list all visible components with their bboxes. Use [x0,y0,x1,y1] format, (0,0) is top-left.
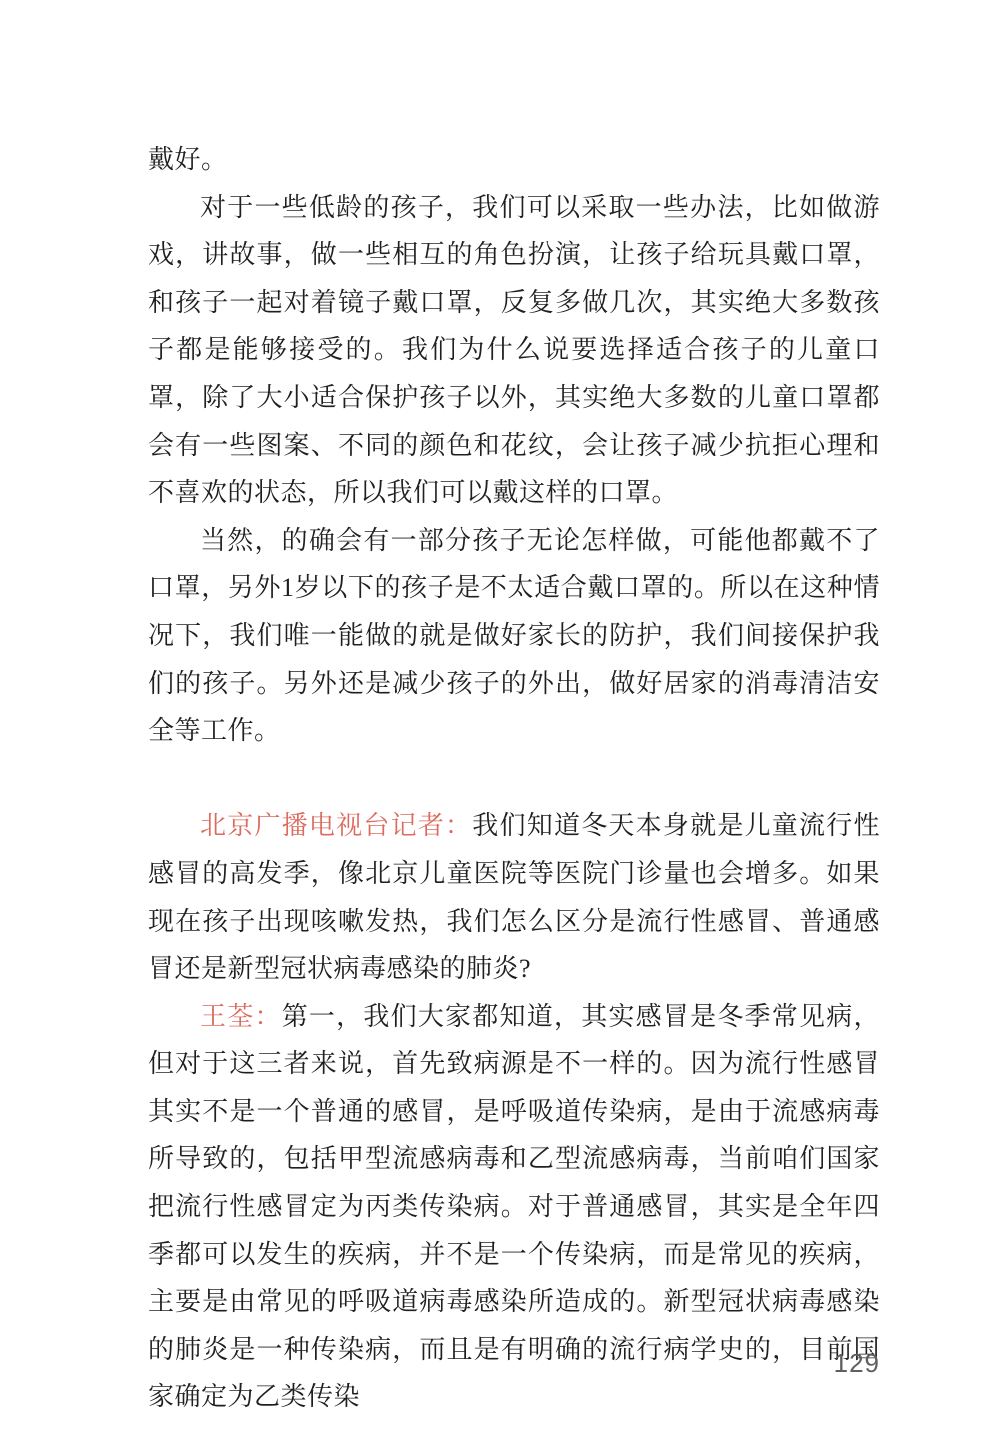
book-page: 戴好。 对于一些低龄的孩子，我们可以采取一些办法，比如做游戏，讲故事，做一些相互… [0,0,1000,1450]
page-number: 129 [780,1348,880,1379]
paragraph-closing-line: 戴好。 [148,136,880,184]
speaker-name-expert: 王荃： [200,1002,282,1031]
body-text-block: 戴好。 对于一些低龄的孩子，我们可以采取一些办法，比如做游戏，讲故事，做一些相互… [148,136,880,1421]
paragraph-mask-methods: 对于一些低龄的孩子，我们可以采取一些办法，比如做游戏，讲故事，做一些相互的角色扮… [148,184,880,517]
paragraph-expert-answer: 王荃：第一，我们大家都知道，其实感冒是冬季常见病，但对于这三者来说，首先致病源是… [148,993,880,1421]
speaker-name-reporter: 北京广播电视台记者： [200,811,472,840]
paragraph-cannot-wear-mask: 当然，的确会有一部分孩子无论怎样做，可能他都戴不了口罩，另外1岁以下的孩子是不太… [148,517,880,755]
paragraph-reporter-question: 北京广播电视台记者：我们知道冬天本身就是儿童流行性感冒的高发季，像北京儿童医院等… [148,802,880,992]
expert-answer-text: 第一，我们大家都知道，其实感冒是冬季常见病，但对于这三者来说，首先致病源是不一样… [148,1002,880,1412]
